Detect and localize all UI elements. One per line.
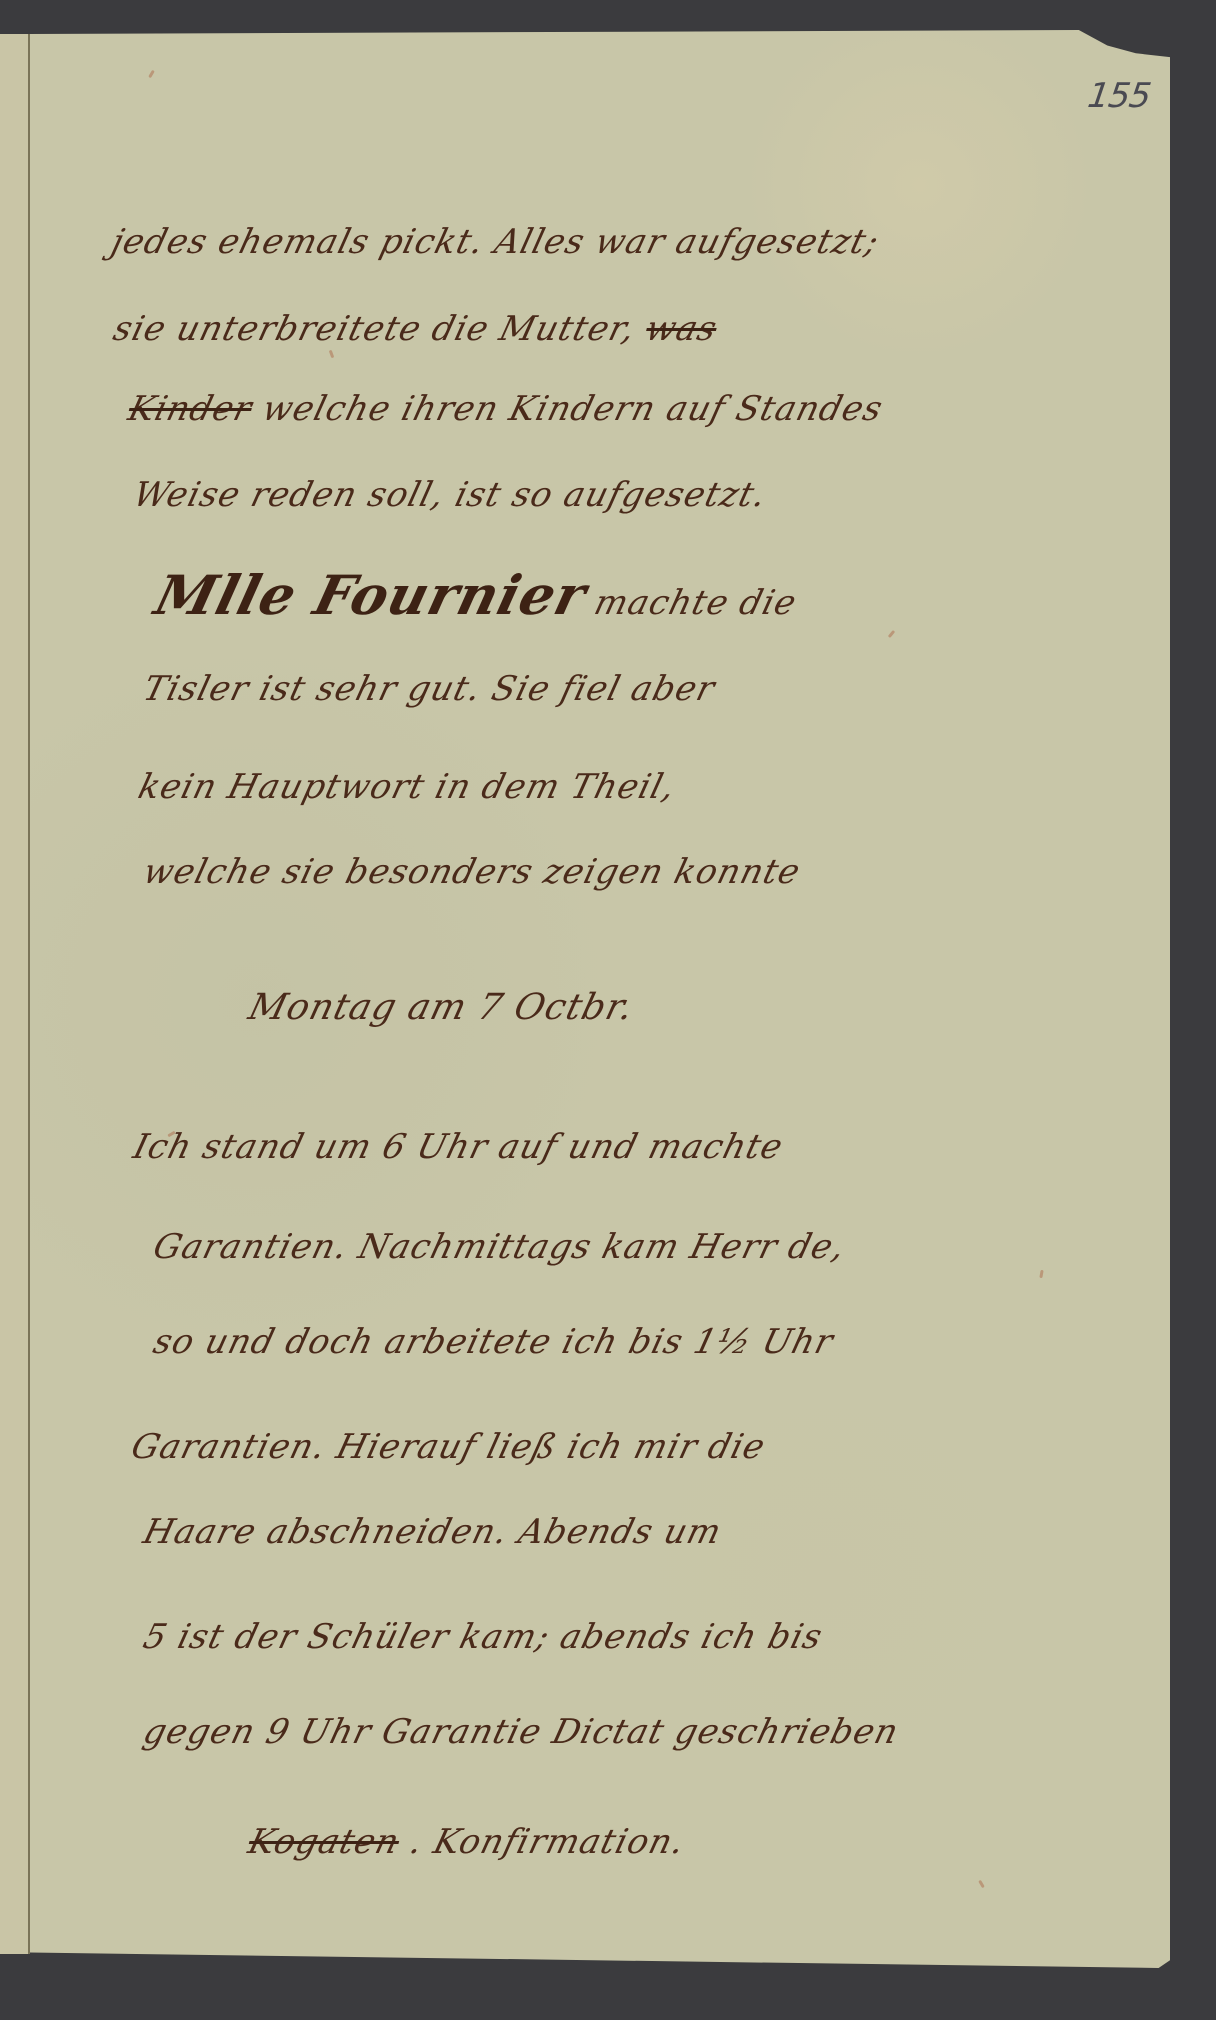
struck-text: was bbox=[642, 309, 722, 349]
previous-page-edge bbox=[0, 34, 30, 1954]
manuscript-line-7: kein Hauptwort in dem Theil, bbox=[135, 770, 679, 804]
manuscript-line-10: Ich stand um 6 Uhr auf und machte bbox=[130, 1130, 787, 1164]
manuscript-line-6: Tisler ist sehr gut. Sie fiel aber bbox=[140, 672, 719, 706]
line-text: kein Hauptwort in dem Theil, bbox=[134, 767, 680, 807]
manuscript-line-3: Kinder welche ihren Kindern auf Standes bbox=[125, 392, 886, 426]
name-mlle-fournier: Mlle Fournier bbox=[149, 563, 594, 627]
manuscript-line-12: so und doch arbeitete ich bis 1½ Uhr bbox=[150, 1325, 837, 1359]
line-text: jedes ehemals pickt. Alles war aufgesetz… bbox=[107, 222, 883, 262]
struck-text: Kogaten bbox=[244, 1822, 404, 1862]
line-text: Garantien. Hierauf ließ ich mir die bbox=[127, 1427, 769, 1467]
line-text: welche ihren Kindern auf Standes bbox=[258, 389, 887, 429]
line-text: sie unterbreitete die Mutter, bbox=[109, 309, 640, 349]
line-text: so und doch arbeitete ich bis 1½ Uhr bbox=[149, 1322, 837, 1362]
manuscript-line-1: jedes ehemals pickt. Alles war aufgesetz… bbox=[108, 225, 883, 259]
page-number: 155 bbox=[1085, 76, 1153, 116]
struck-text: Kinder bbox=[124, 389, 256, 429]
line-text: . Konfirmation. bbox=[406, 1822, 689, 1862]
line-text: Weise reden soll, ist so aufgesetzt. bbox=[129, 475, 771, 515]
line-text: Haare abschneiden. Abends um bbox=[139, 1512, 726, 1552]
line-text: machte die bbox=[590, 583, 801, 623]
manuscript-line-8: welche sie besonders zeigen konnte bbox=[140, 855, 804, 889]
manuscript-line-14: Haare abschneiden. Abends um bbox=[140, 1515, 725, 1549]
line-text: Montag am 7 Octbr. bbox=[245, 987, 639, 1028]
line-text: Garantien. Nachmittags kam Herr de, bbox=[149, 1227, 849, 1267]
manuscript-line-16: gegen 9 Uhr Garantie Dictat geschrieben bbox=[140, 1715, 902, 1749]
diary-date-heading: Montag am 7 Octbr. bbox=[245, 990, 637, 1026]
manuscript-line-11: Garantien. Nachmittags kam Herr de, bbox=[150, 1230, 849, 1264]
line-text: gegen 9 Uhr Garantie Dictat geschrieben bbox=[139, 1712, 903, 1752]
line-text: Tisler ist sehr gut. Sie fiel aber bbox=[139, 669, 719, 709]
line-text: 5 ist der Schüler kam; abends ich bis bbox=[139, 1617, 827, 1657]
manuscript-line-13: Garantien. Hierauf ließ ich mir die bbox=[128, 1430, 769, 1464]
line-text: Ich stand um 6 Uhr auf und machte bbox=[129, 1127, 787, 1167]
manuscript-line-4: Weise reden soll, ist so aufgesetzt. bbox=[130, 478, 770, 512]
manuscript-line-2: sie unterbreitete die Mutter, was bbox=[110, 312, 721, 346]
manuscript-line-5: Mlle Fournier machte die bbox=[150, 568, 805, 622]
manuscript-line-17: Kogaten . Konfirmation. bbox=[245, 1825, 688, 1859]
manuscript-line-15: 5 ist der Schüler kam; abends ich bis bbox=[140, 1620, 826, 1654]
line-text: welche sie besonders zeigen konnte bbox=[139, 852, 804, 892]
